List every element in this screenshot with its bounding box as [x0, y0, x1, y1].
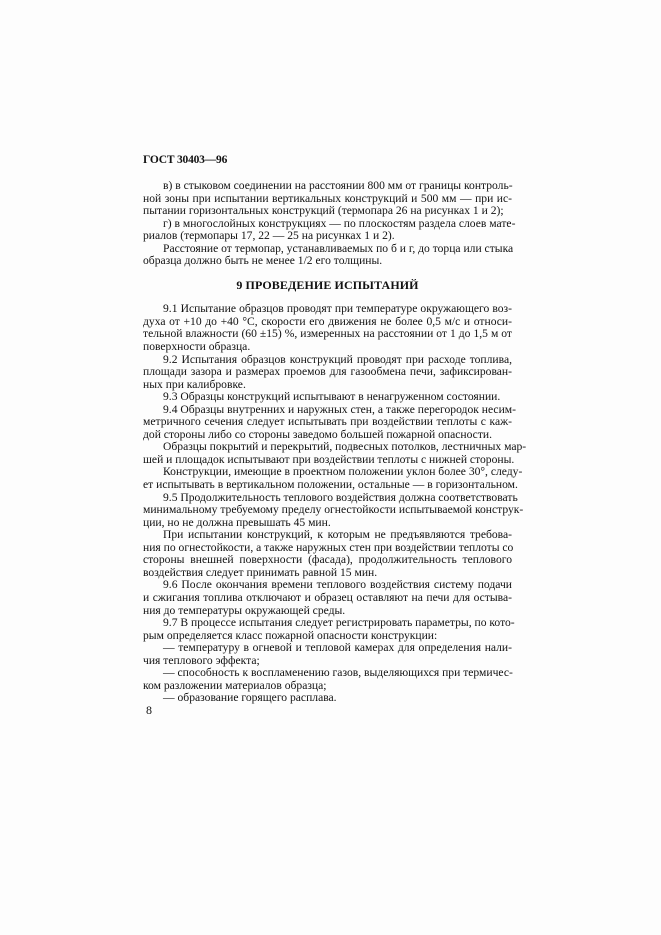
- list-item: — способность к воспламенению газов, выд…: [143, 667, 512, 680]
- paragraph-line: поверхности образца.: [143, 341, 512, 354]
- paragraph-line: в) в стыковом соединении на расстоянии 8…: [143, 180, 512, 193]
- list-item: — образование горящего расплава.: [143, 692, 512, 705]
- paragraph-line: площади зазора и размерах проемов для га…: [143, 366, 512, 379]
- paragraph-line: образца должно быть не менее 1/2 его тол…: [143, 255, 512, 268]
- paragraph-line: При испытании конструкций, к которым не …: [143, 529, 512, 542]
- paragraph-line: и сжигания топлива отключают и образец о…: [143, 592, 512, 605]
- page-number: 8: [146, 703, 152, 718]
- running-header: ГОСТ 30403—96: [143, 154, 227, 166]
- list-item: — температуру в огневой и тепловой камер…: [143, 642, 512, 655]
- paragraph-line: минимальному требуемому пределу огнестой…: [143, 504, 512, 517]
- document-page: ГОСТ 30403—96 в) в стыковом соединении н…: [0, 0, 661, 935]
- paragraph-line: ет испытывать в вертикальном положении, …: [143, 479, 512, 492]
- paragraph-line: метричного сечения следует испытывать пр…: [143, 416, 512, 429]
- section-heading: 9 ПРОВЕДЕНИЕ ИСПЫТАНИЙ: [143, 279, 512, 292]
- paragraph-line: пытании горизонтальных конструкций (терм…: [143, 205, 512, 218]
- paragraph-line: стороны внешней поверхности (фасада), пр…: [143, 554, 512, 567]
- body-text: в) в стыковом соединении на расстоянии 8…: [143, 180, 512, 705]
- paragraph-line: риалов (термопары 17, 22 — 25 на рисунка…: [143, 230, 512, 243]
- clause-9-3: 9.3 Образцы конструкций испытывают в нен…: [143, 391, 512, 404]
- clause-9-7: 9.7 В процессе испытания следует регистр…: [143, 617, 512, 630]
